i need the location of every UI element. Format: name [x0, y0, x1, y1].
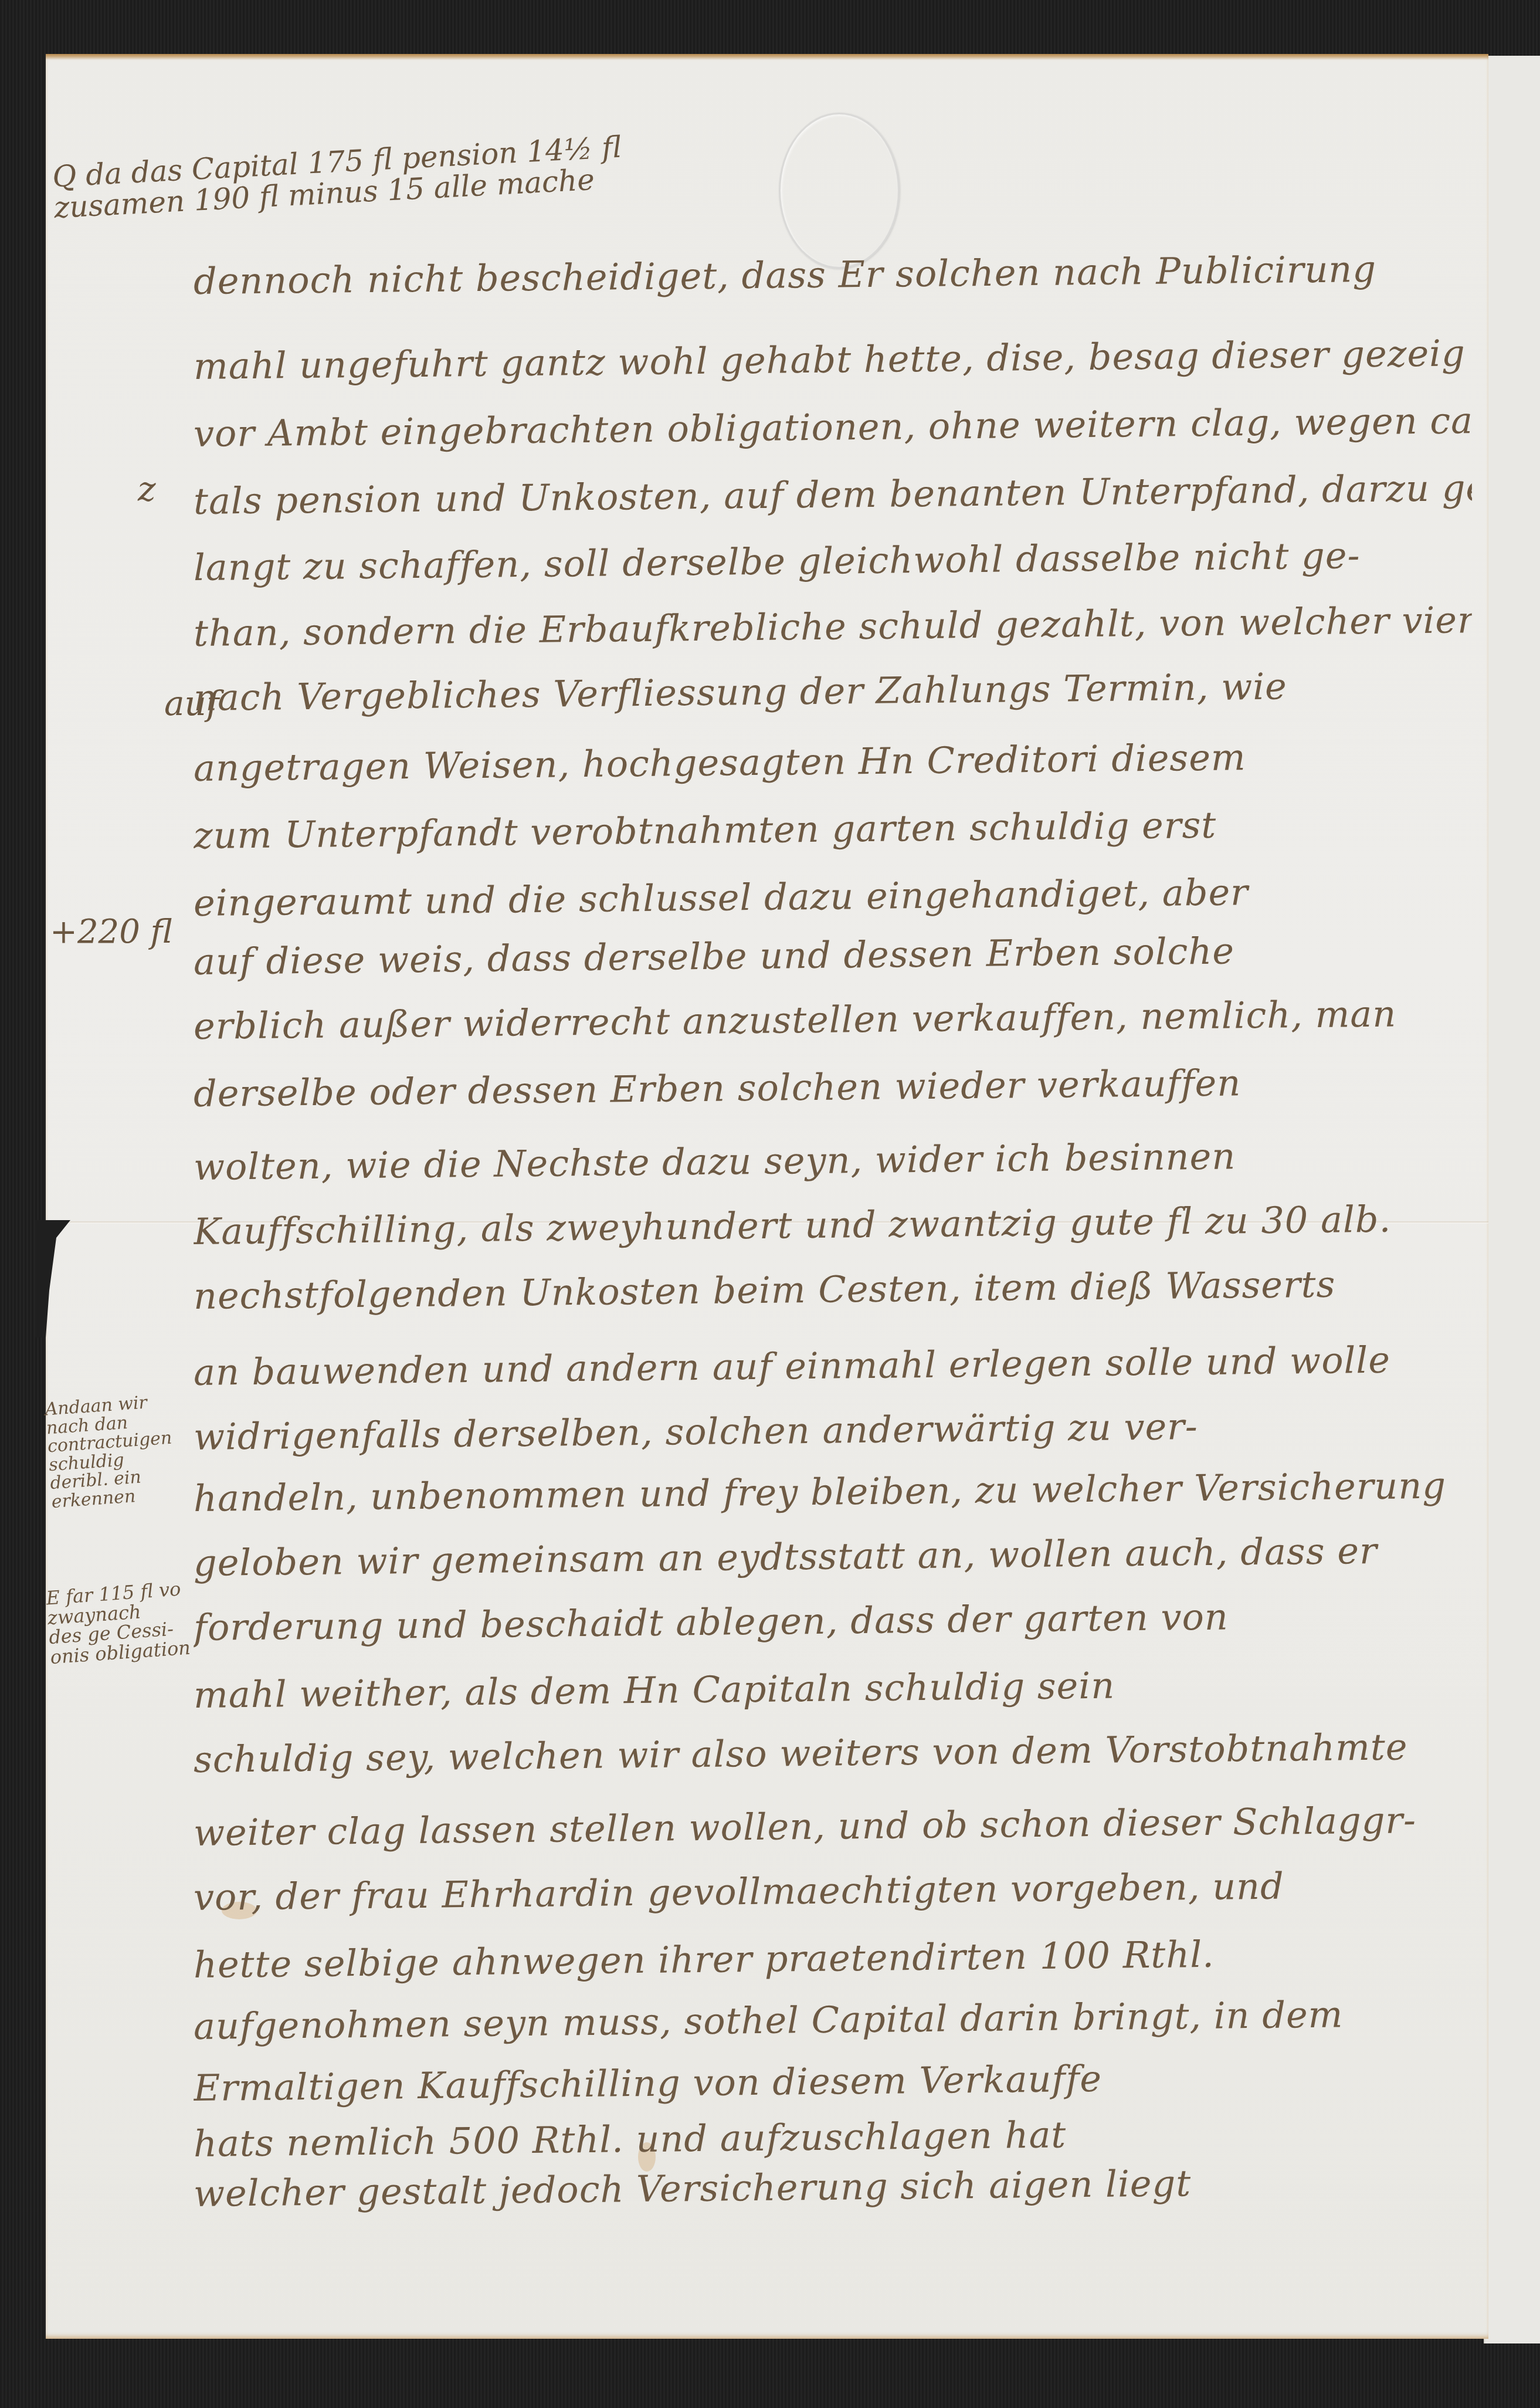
left-margin-note-sum: +220 fl — [50, 915, 172, 950]
left-margin-note-acknowledgement: Andaan wir nach dan contractuigen schuld… — [45, 1392, 177, 1511]
underlying-sheet-edge — [1484, 56, 1540, 2343]
embossed-seal-mark — [779, 113, 900, 269]
left-margin-note-cession: E far 115 fl vo zwaynach des ge Cessi- o… — [46, 1579, 191, 1668]
line-prefix-z: z — [138, 469, 156, 509]
